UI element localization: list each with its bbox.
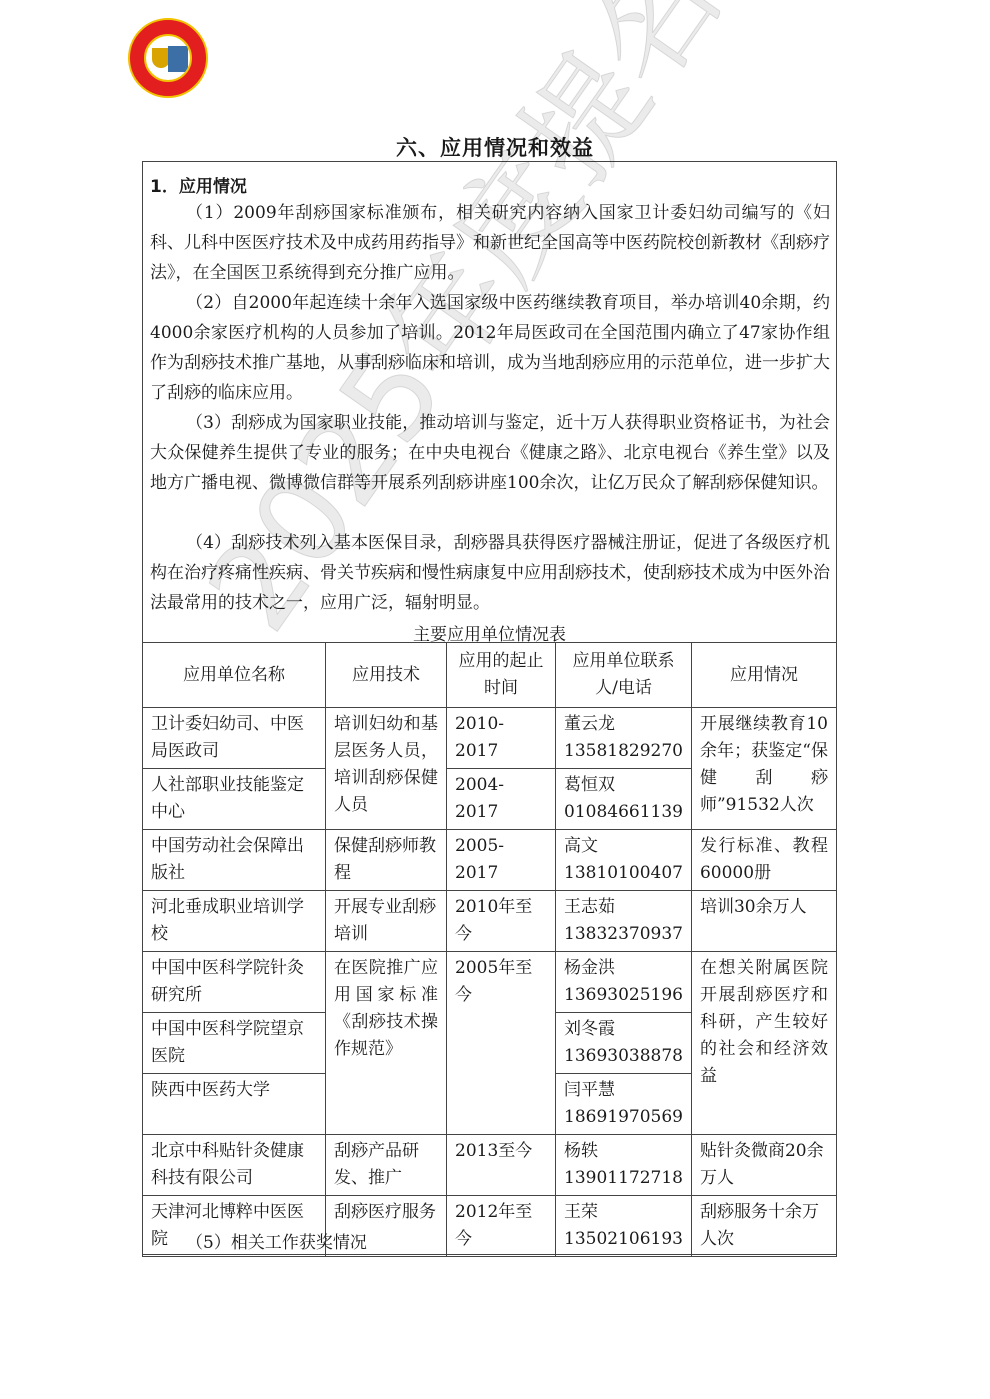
- cell-contact: 王荣13502106193: [556, 1196, 692, 1257]
- cell-period: 2005年至今: [447, 952, 556, 1135]
- cell-unit: 河北垂成职业培训学校: [143, 891, 326, 952]
- cell-period: 2004-2017: [447, 769, 556, 830]
- cell-contact: 杨金洪13693025196: [556, 952, 692, 1013]
- cell-unit: 陕西中医药大学: [143, 1074, 326, 1135]
- cell-tech: 开展专业刮痧培训: [326, 891, 447, 952]
- cell-tech: 在医院推广应用国家标准《刮痧技术操作规范》: [326, 952, 447, 1135]
- paragraph-4: （4）刮痧技术列入基本医保目录，刮痧器具获得医疗器械注册证，促进了各级医疗机构在…: [150, 528, 830, 618]
- contact-phone: 18691970569: [564, 1107, 683, 1127]
- header-unit: 应用单位名称: [143, 643, 326, 708]
- cell-contact: 刘冬霞13693038878: [556, 1013, 692, 1074]
- cell-tech: 培训妇幼和基层医务人员，培训刮痧保健人员: [326, 708, 447, 830]
- cell-unit: 中国劳动社会保障出版社: [143, 830, 326, 891]
- cell-unit: 卫计委妇幼司、中医局医政司: [143, 708, 326, 769]
- contact-phone: 13832370937: [564, 924, 683, 944]
- header-status: 应用情况: [691, 643, 836, 708]
- paragraph-3: （3）刮痧成为国家职业技能，推动培训与鉴定，近十万人获得职业资格证书，为社会大众…: [150, 408, 830, 498]
- cell-contact: 杨轶13901172718: [556, 1135, 692, 1196]
- cell-status: 培训30余万人: [691, 891, 836, 952]
- contact-name: 葛恒双: [564, 775, 615, 795]
- contact-phone: 01084661139: [564, 802, 683, 822]
- contact-phone: 13810100407: [564, 863, 683, 883]
- application-units-table: 应用单位名称 应用技术 应用的起止时间 应用单位联系人/电话 应用情况 卫计委妇…: [142, 642, 837, 1257]
- seal-emblem: [144, 34, 192, 82]
- cell-status: 刮痧服务十余万人次: [691, 1196, 836, 1257]
- contact-name: 高文: [564, 836, 598, 856]
- cell-contact: 董云龙13581829270: [556, 708, 692, 769]
- contact-phone: 13502106193: [564, 1229, 683, 1249]
- cell-contact: 闫平慧18691970569: [556, 1074, 692, 1135]
- contact-phone: 13693025196: [564, 985, 683, 1005]
- subsection-awards: （5）相关工作获奖情况: [186, 1228, 367, 1253]
- cell-contact: 王志茹13832370937: [556, 891, 692, 952]
- contact-phone: 13901172718: [564, 1168, 683, 1188]
- cell-contact: 高文13810100407: [556, 830, 692, 891]
- cell-unit: 中国中医科学院针灸研究所: [143, 952, 326, 1013]
- table-row: 河北垂成职业培训学校 开展专业刮痧培训 2010年至今 王志茹138323709…: [143, 891, 837, 952]
- building-icon: [168, 46, 188, 72]
- header-period: 应用的起止时间: [447, 643, 556, 708]
- cell-status: 贴针灸微商20余万人: [691, 1135, 836, 1196]
- cell-unit: 人社部职业技能鉴定中心: [143, 769, 326, 830]
- paragraph-2: （2）自2000年起连续十余年入选国家级中医药继续教育项目，举办培训40余期，约…: [150, 288, 830, 408]
- contact-name: 董云龙: [564, 714, 615, 734]
- contact-phone: 13693038878: [564, 1046, 683, 1066]
- cell-period: 2013至今: [447, 1135, 556, 1196]
- table-header-row: 应用单位名称 应用技术 应用的起止时间 应用单位联系人/电话 应用情况: [143, 643, 837, 708]
- header-tech: 应用技术: [326, 643, 447, 708]
- cell-status: 开展继续教育10余年；获鉴定“保健刮痧师”91532人次: [691, 708, 836, 830]
- table-row: 中国中医科学院针灸研究所 在医院推广应用国家标准《刮痧技术操作规范》 2005年…: [143, 952, 837, 1013]
- contact-name: 闫平慧: [564, 1080, 615, 1100]
- table-row: 中国劳动社会保障出版社 保健刮痧师教程 2005-2017 高文13810100…: [143, 830, 837, 891]
- cell-period: 2010年至今: [447, 891, 556, 952]
- cell-tech: 刮痧产品研发、推广: [326, 1135, 447, 1196]
- header-contact: 应用单位联系人/电话: [556, 643, 692, 708]
- cell-period: 2010-2017: [447, 708, 556, 769]
- contact-name: 王荣: [564, 1202, 598, 1222]
- cell-unit: 北京中科贴针灸健康科技有限公司: [143, 1135, 326, 1196]
- seal-logo: [128, 18, 208, 98]
- cell-period: 2005-2017: [447, 830, 556, 891]
- page-title: 六、应用情况和效益: [0, 132, 990, 162]
- contact-name: 王志茹: [564, 897, 615, 917]
- contact-phone: 13581829270: [564, 741, 683, 761]
- cell-contact: 葛恒双01084661139: [556, 769, 692, 830]
- table-row: 北京中科贴针灸健康科技有限公司 刮痧产品研发、推广 2013至今 杨轶13901…: [143, 1135, 837, 1196]
- section-heading: 1．应用情况: [150, 172, 247, 197]
- paragraph-1: （1）2009年刮痧国家标准颁布，相关研究内容纳入国家卫计委妇幼司编写的《妇科、…: [150, 198, 830, 288]
- cell-period: 2012年至今: [447, 1196, 556, 1257]
- cell-status: 在想关附属医院开展刮痧医疗和科研，产生较好的社会和经济效益: [691, 952, 836, 1135]
- cell-unit: 中国中医科学院望京医院: [143, 1013, 326, 1074]
- cell-status: 发行标准、教程60000册: [691, 830, 836, 891]
- contact-name: 杨轶: [564, 1141, 598, 1161]
- contact-name: 刘冬霞: [564, 1019, 615, 1039]
- contact-name: 杨金洪: [564, 958, 615, 978]
- table-row: 卫计委妇幼司、中医局医政司 培训妇幼和基层医务人员，培训刮痧保健人员 2010-…: [143, 708, 837, 769]
- cell-tech: 保健刮痧师教程: [326, 830, 447, 891]
